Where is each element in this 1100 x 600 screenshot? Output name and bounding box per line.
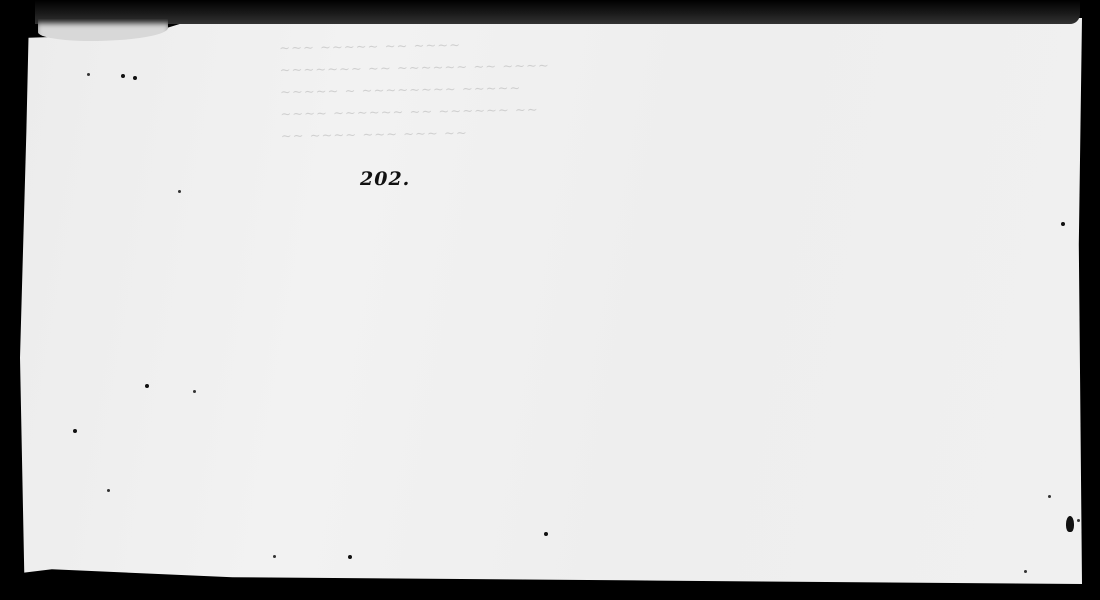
scan-speck [133, 76, 137, 80]
scan-speck [87, 73, 90, 76]
scan-speck [348, 555, 352, 559]
scan-speck [273, 555, 276, 558]
scan-speck [178, 190, 181, 193]
scan-speck [121, 74, 125, 78]
scan-speck [73, 429, 77, 433]
scan-speck [1048, 495, 1051, 498]
scan-speck [1061, 222, 1065, 226]
scan-speck [1024, 570, 1027, 573]
ink-blot [1066, 516, 1074, 532]
document-page [20, 18, 1082, 584]
bleed-line: ~~ ~~~~ ~~~ ~~~ ~~ [281, 122, 551, 149]
scan-speck [145, 384, 149, 388]
scan-speck [544, 532, 548, 536]
scan-speck [1077, 519, 1080, 522]
page-number: 202. [360, 168, 410, 190]
page-top-edge-shadow [35, 0, 1080, 24]
scan-speck [193, 390, 196, 393]
bleed-through-handwriting: ~~~ ~~~~~ ~~ ~~~~ ~~~~~~~ ~~ ~~~~~~ ~~ ~… [279, 34, 551, 149]
scan-speck [107, 489, 110, 492]
bleed-line: ~~~~ ~~~~~~ ~~ ~~~~~~ ~~ [280, 100, 550, 127]
